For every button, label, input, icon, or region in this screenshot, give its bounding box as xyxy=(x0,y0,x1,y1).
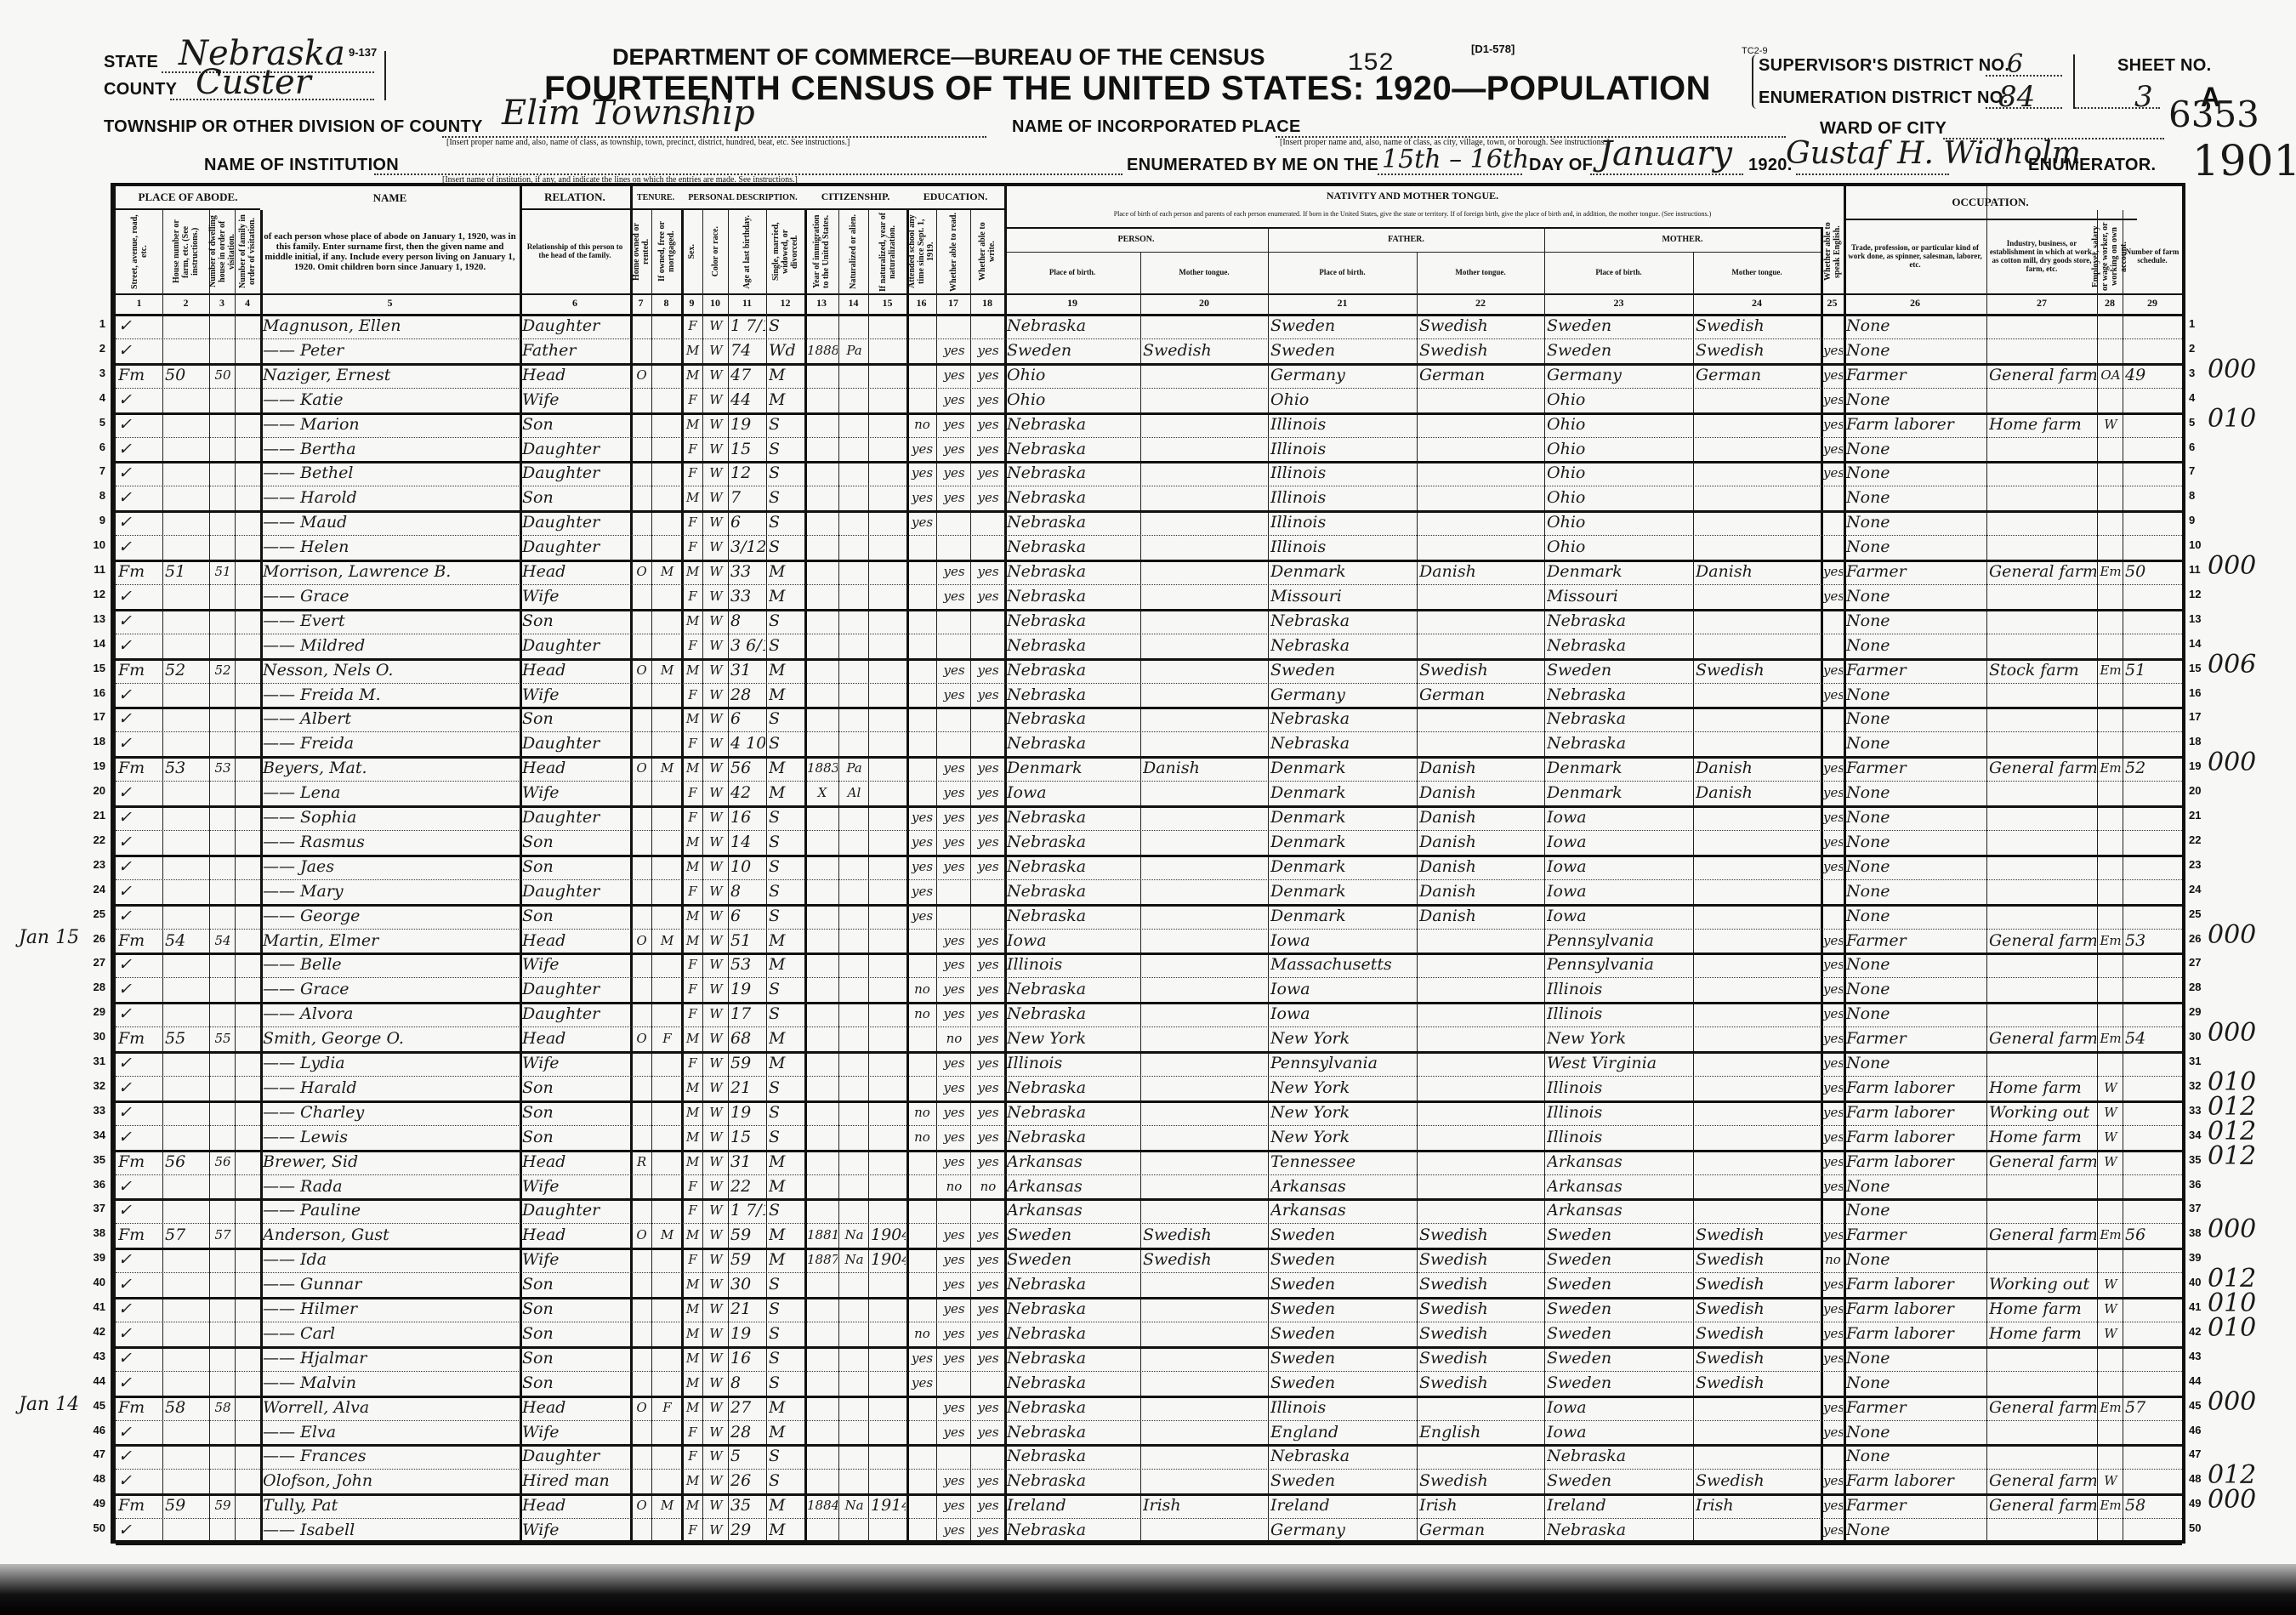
cell-street: ✓ xyxy=(118,879,162,903)
cell-street: Fm xyxy=(118,1396,162,1419)
line-number: 43 xyxy=(85,1350,105,1362)
cell-street: ✓ xyxy=(118,584,162,608)
cell-name: —— Ida xyxy=(263,1248,519,1271)
cell-sex: M xyxy=(684,1469,702,1493)
township-label: TOWNSHIP OR OTHER DIVISION OF COUNTY xyxy=(104,117,483,137)
cell-write: yes xyxy=(973,1518,1003,1542)
cell-immig: X xyxy=(807,781,838,805)
cell-trade: Farmer xyxy=(1846,658,1986,682)
cell-nat: Al xyxy=(841,781,867,805)
column-header-5: of each person whose place of abode on J… xyxy=(260,210,520,293)
column-header-28: Employer, salary or wage worker, or work… xyxy=(2097,220,2123,293)
census-table: PLACE OF ABODE. NAME RELATION. TENURE. P… xyxy=(111,183,2185,1544)
cell-m_birth: Ohio xyxy=(1547,486,1692,509)
cell-m_birth: Sweden xyxy=(1547,658,1692,682)
cell-marital: S xyxy=(769,904,804,928)
cell-home: O xyxy=(633,560,651,583)
cell-m_birth: Ohio xyxy=(1547,535,1692,559)
cell-birth: Nebraska xyxy=(1007,609,1139,633)
cell-age: 14 xyxy=(730,830,765,854)
column-header-1: Street, avenue, road, etc. xyxy=(116,210,162,293)
cell-name: —— Grace xyxy=(263,977,519,1001)
cell-m_birth: Missouri xyxy=(1547,584,1692,608)
cell-relation: Daughter xyxy=(522,314,629,338)
cell-race: W xyxy=(705,1396,727,1419)
column-header-24: Mother tongue. xyxy=(1693,253,1821,293)
cell-write: yes xyxy=(973,1297,1003,1321)
line-number: 45 xyxy=(85,1399,105,1412)
district-bracket-right xyxy=(2066,54,2075,109)
cell-home: O xyxy=(633,363,651,387)
cell-street: ✓ xyxy=(118,1444,162,1468)
column-header-25: Whether able to speak English. xyxy=(1821,210,1844,293)
line-number: 37 xyxy=(2189,1202,2209,1214)
cell-m_birth: Denmark xyxy=(1547,756,1692,780)
cell-trade: Farmer xyxy=(1846,1493,1986,1517)
bracket xyxy=(379,51,386,100)
farm-code: 000 xyxy=(2208,551,2256,581)
cell-trade: None xyxy=(1846,388,1986,412)
cell-race: W xyxy=(705,584,727,608)
cell-street: ✓ xyxy=(118,1272,162,1296)
cell-owned: M xyxy=(654,560,680,583)
column-divider xyxy=(162,210,163,1540)
line-number: 21 xyxy=(2189,809,2209,822)
cell-trade: None xyxy=(1846,1420,1986,1444)
cell-read: yes xyxy=(939,1346,969,1370)
farm-code: 012 xyxy=(2208,1141,2256,1171)
cell-industry: Home farm xyxy=(1989,1076,2096,1100)
county-value: Custer xyxy=(196,63,311,102)
cell-employ: W xyxy=(2100,1125,2122,1149)
cell-street: ✓ xyxy=(118,1174,162,1198)
cell-m_birth: Illinois xyxy=(1547,1076,1692,1100)
cell-sex: F xyxy=(684,1174,702,1198)
cell-sex: M xyxy=(684,756,702,780)
cell-relation: Son xyxy=(522,1371,629,1395)
cell-marital: S xyxy=(769,855,804,879)
cell-m_tongue: Swedish xyxy=(1696,1248,1820,1271)
cell-race: W xyxy=(705,977,727,1001)
cell-relation: Wife xyxy=(522,388,629,412)
cell-employ: W xyxy=(2100,1100,2122,1124)
cell-sex: F xyxy=(684,953,702,976)
line-number: 7 xyxy=(85,464,105,477)
cell-trade: Farm laborer xyxy=(1846,1469,1986,1493)
cell-relation: Daughter xyxy=(522,510,629,534)
cell-english: yes xyxy=(1823,756,1843,780)
cell-english: yes xyxy=(1823,1322,1843,1345)
cell-relation: Son xyxy=(522,855,629,879)
cell-home: O xyxy=(633,658,651,682)
cell-read: yes xyxy=(939,1125,969,1149)
line-number: 30 xyxy=(85,1030,105,1043)
cell-trade: None xyxy=(1846,1346,1986,1370)
cell-trade: None xyxy=(1846,977,1986,1001)
cell-m_tongue: Swedish xyxy=(1696,1272,1820,1296)
cell-f_tongue: Danish xyxy=(1419,879,1543,903)
cell-sex: F xyxy=(684,781,702,805)
cell-race: W xyxy=(705,1125,727,1149)
cell-f_tongue: German xyxy=(1419,1518,1543,1542)
enumerator-line xyxy=(1796,173,1949,175)
cell-age: 15 xyxy=(730,1125,765,1149)
cell-write: yes xyxy=(973,977,1003,1001)
cell-marital: M xyxy=(769,1026,804,1050)
cell-marital: S xyxy=(769,1469,804,1493)
cell-m_tongue: Swedish xyxy=(1696,1346,1820,1370)
cell-m_birth: Ohio xyxy=(1547,437,1692,461)
cell-marital: M xyxy=(769,1248,804,1271)
cell-m_birth: Sweden xyxy=(1547,1297,1692,1321)
cell-name: —— Marion xyxy=(263,412,519,436)
cell-age: 56 xyxy=(730,756,765,780)
cell-m_birth: Ohio xyxy=(1547,412,1692,436)
cell-m_birth: Iowa xyxy=(1547,1420,1692,1444)
cell-f_birth: Germany xyxy=(1270,683,1416,707)
cell-m_birth: New York xyxy=(1547,1026,1692,1050)
supervisor-value: 6 xyxy=(2007,49,2023,79)
cell-immig: 1887 xyxy=(807,1248,838,1271)
cell-street: ✓ xyxy=(118,1051,162,1075)
cell-trade: Farmer xyxy=(1846,560,1986,583)
cell-birth: Nebraska xyxy=(1007,977,1139,1001)
cell-m_tongue: German xyxy=(1696,363,1820,387)
cell-birth: Nebraska xyxy=(1007,1518,1139,1542)
cell-name: Nesson, Nels O. xyxy=(263,658,519,682)
cell-write: yes xyxy=(973,658,1003,682)
cell-home: O xyxy=(633,1223,651,1247)
line-number: 5 xyxy=(2189,416,2209,429)
line-number: 9 xyxy=(85,514,105,526)
group-relation: RELATION. xyxy=(520,186,630,210)
cell-race: W xyxy=(705,1518,727,1542)
cell-write: yes xyxy=(973,1125,1003,1149)
cell-age: 16 xyxy=(730,1346,765,1370)
cell-write: yes xyxy=(973,1493,1003,1517)
cell-trade: None xyxy=(1846,683,1986,707)
cell-age: 6 xyxy=(730,904,765,928)
column-number: 18 xyxy=(970,293,1004,314)
cell-trade: None xyxy=(1846,904,1986,928)
cell-school: no xyxy=(909,412,935,436)
cell-marital: M xyxy=(769,1150,804,1174)
cell-m_birth: Illinois xyxy=(1547,1002,1692,1026)
cell-name: Beyers, Mat. xyxy=(263,756,519,780)
column-header-15: If naturalized, year of naturalization. xyxy=(868,210,906,293)
cell-street: ✓ xyxy=(118,683,162,707)
cell-street: Fm xyxy=(118,560,162,583)
cell-age: 5 xyxy=(730,1444,765,1468)
sheet-value: 3 xyxy=(2134,80,2153,114)
cell-write: yes xyxy=(973,486,1003,509)
cell-industry: General farm xyxy=(1989,1223,2096,1247)
cell-read: yes xyxy=(939,953,969,976)
cell-f_birth: Sweden xyxy=(1270,1371,1416,1395)
cell-m_birth: Ohio xyxy=(1547,461,1692,485)
cell-write: yes xyxy=(973,1223,1003,1247)
cell-trade: Farm laborer xyxy=(1846,1125,1986,1149)
column-header-19: Place of birth. xyxy=(1004,253,1140,293)
cell-read: yes xyxy=(939,1002,969,1026)
cell-school: yes xyxy=(909,879,935,903)
cell-birth: Nebraska xyxy=(1007,855,1139,879)
cell-birth: Sweden xyxy=(1007,1223,1139,1247)
cell-write: yes xyxy=(973,338,1003,362)
cell-name: —— Bertha xyxy=(263,437,519,461)
cell-sex: M xyxy=(684,1396,702,1419)
cell-f_birth: Sweden xyxy=(1270,658,1416,682)
cell-sex: F xyxy=(684,879,702,903)
day-of-label: DAY OF xyxy=(1529,156,1593,175)
cell-relation: Daughter xyxy=(522,461,629,485)
cell-sex: M xyxy=(684,1150,702,1174)
cell-age: 33 xyxy=(730,560,765,583)
cell-sex: F xyxy=(684,1444,702,1468)
line-number: 6 xyxy=(85,441,105,453)
farm-code: 000 xyxy=(2208,748,2256,777)
cell-owned: M xyxy=(654,658,680,682)
cell-name: —— Malvin xyxy=(263,1371,519,1395)
cell-employ: Em xyxy=(2100,1026,2122,1050)
cell-street: ✓ xyxy=(118,1002,162,1026)
cell-tongue: Irish xyxy=(1143,1493,1267,1517)
cell-age: 42 xyxy=(730,781,765,805)
cell-race: W xyxy=(705,1420,727,1444)
cell-m_birth: Iowa xyxy=(1547,1396,1692,1419)
column-header-label: Sex. xyxy=(687,244,696,259)
cell-employ: Em xyxy=(2100,929,2122,953)
cell-street: ✓ xyxy=(118,904,162,928)
cell-trade: Farm laborer xyxy=(1846,1297,1986,1321)
cell-m_birth: Sweden xyxy=(1547,1469,1692,1493)
line-number: 16 xyxy=(2189,686,2209,699)
cell-name: —— Lena xyxy=(263,781,519,805)
cell-write: yes xyxy=(973,1150,1003,1174)
cell-sex: F xyxy=(684,1051,702,1075)
line-number: 35 xyxy=(2189,1153,2209,1166)
cell-english: yes xyxy=(1823,1297,1843,1321)
cell-birth: Nebraska xyxy=(1007,560,1139,583)
cell-age: 7 xyxy=(730,486,765,509)
cell-read: yes xyxy=(939,461,969,485)
cell-read: yes xyxy=(939,683,969,707)
cell-dwelling: 53 xyxy=(212,756,234,780)
column-header-label: Number of family in order of visitation. xyxy=(238,212,257,292)
cell-birth: Ohio xyxy=(1007,388,1139,412)
cell-marital: S xyxy=(769,1076,804,1100)
cell-name: Martin, Elmer xyxy=(263,929,519,953)
cell-name: —— Katie xyxy=(263,388,519,412)
cell-street: ✓ xyxy=(118,977,162,1001)
column-header-label: If naturalized, year of naturalization. xyxy=(878,212,897,292)
line-number: 7 xyxy=(2189,464,2209,477)
cell-marital: S xyxy=(769,412,804,436)
cell-race: W xyxy=(705,1026,727,1050)
cell-sex: M xyxy=(684,1076,702,1100)
cell-street: ✓ xyxy=(118,1125,162,1149)
cell-trade: None xyxy=(1846,634,1986,657)
cell-english: yes xyxy=(1823,1026,1843,1050)
cell-f_tongue: Swedish xyxy=(1419,1346,1543,1370)
cell-house: 54 xyxy=(165,929,208,953)
cell-name: —— Lewis xyxy=(263,1125,519,1149)
line-number: 23 xyxy=(2189,858,2209,871)
line-number: 46 xyxy=(2189,1424,2209,1436)
cell-english: no xyxy=(1823,1248,1843,1271)
cell-sex: F xyxy=(684,1002,702,1026)
group-mother: MOTHER. xyxy=(1544,227,1821,253)
cell-school: yes xyxy=(909,805,935,829)
cell-birth: Nebraska xyxy=(1007,510,1139,534)
cell-english: yes xyxy=(1823,855,1843,879)
cell-race: W xyxy=(705,1223,727,1247)
column-number: 5 xyxy=(260,293,520,314)
cell-street: ✓ xyxy=(118,338,162,362)
cell-m_birth: Sweden xyxy=(1547,1272,1692,1296)
cell-farm: 54 xyxy=(2125,1026,2181,1050)
cell-m_birth: Ireland xyxy=(1547,1493,1692,1517)
cell-race: W xyxy=(705,683,727,707)
cell-m_birth: Illinois xyxy=(1547,977,1692,1001)
column-number: 11 xyxy=(728,293,766,314)
cell-owned: M xyxy=(654,1493,680,1517)
cell-read: yes xyxy=(939,830,969,854)
cell-age: 51 xyxy=(730,929,765,953)
line-number: 1 xyxy=(2189,317,2209,330)
cell-industry: General farm xyxy=(1989,1493,2096,1517)
column-header-label: House number or farm, etc. (See instruct… xyxy=(172,212,200,292)
column-header-11: Age at last birthday. xyxy=(728,210,766,293)
cell-sex: M xyxy=(684,1346,702,1370)
column-divider xyxy=(970,210,971,1540)
line-number: 11 xyxy=(85,563,105,576)
cell-street: Fm xyxy=(118,756,162,780)
cell-write: yes xyxy=(973,1076,1003,1100)
cell-tongue: Swedish xyxy=(1143,338,1267,362)
group-father: FATHER. xyxy=(1268,227,1544,253)
cell-m_tongue: Irish xyxy=(1696,1493,1820,1517)
line-number: 2 xyxy=(2189,342,2209,355)
cell-birth: Nebraska xyxy=(1007,1002,1139,1026)
line-number: 10 xyxy=(85,538,105,551)
cell-f_birth: Nebraska xyxy=(1270,707,1416,731)
line-number: 47 xyxy=(85,1447,105,1460)
cell-street: ✓ xyxy=(118,1518,162,1542)
cell-age: 59 xyxy=(730,1051,765,1075)
cell-english: yes xyxy=(1823,1223,1843,1247)
cell-home: O xyxy=(633,929,651,953)
line-number: 26 xyxy=(85,932,105,945)
cell-street: ✓ xyxy=(118,314,162,338)
column-header-2: House number or farm, etc. (See instruct… xyxy=(162,210,209,293)
cell-name: Olofson, John xyxy=(263,1469,519,1493)
cell-birth: Nebraska xyxy=(1007,683,1139,707)
cell-trade: Farm laborer xyxy=(1846,1100,1986,1124)
farm-code: 000 xyxy=(2208,1485,2256,1515)
cell-f_tongue: Swedish xyxy=(1419,314,1543,338)
cell-marital: S xyxy=(769,1002,804,1026)
line-number: 25 xyxy=(85,907,105,920)
group-nativity: NATIVITY AND MOTHER TONGUE. xyxy=(1004,188,1821,205)
cell-dwelling: 51 xyxy=(212,560,234,583)
cell-name: Smith, George O. xyxy=(263,1026,519,1050)
cell-write: yes xyxy=(973,929,1003,953)
cell-m_tongue: Danish xyxy=(1696,781,1820,805)
cell-name: —— Evert xyxy=(263,609,519,633)
cell-sex: M xyxy=(684,609,702,633)
cell-employ: Em xyxy=(2100,756,2122,780)
cell-relation: Daughter xyxy=(522,1198,629,1222)
column-divider xyxy=(209,210,210,1540)
column-header-6: Relationship of this person to the head … xyxy=(520,210,630,293)
line-number: 11 xyxy=(2189,563,2209,576)
cell-f_tongue: Danish xyxy=(1419,904,1543,928)
cell-read: yes xyxy=(939,1272,969,1296)
margin-note-date: Jan 14 xyxy=(19,1394,79,1415)
cell-street: ✓ xyxy=(118,388,162,412)
cell-read: yes xyxy=(939,1051,969,1075)
cell-name: —— Jaes xyxy=(263,855,519,879)
cell-relation: Daughter xyxy=(522,879,629,903)
cell-name: Tully, Pat xyxy=(263,1493,519,1517)
cell-street: ✓ xyxy=(118,805,162,829)
line-number: 48 xyxy=(85,1472,105,1485)
cell-school: yes xyxy=(909,1346,935,1370)
column-divider xyxy=(868,210,869,1540)
cell-f_birth: New York xyxy=(1270,1100,1416,1124)
cell-m_tongue: Swedish xyxy=(1696,1322,1820,1345)
cell-read: yes xyxy=(939,756,969,780)
line-number: 44 xyxy=(85,1374,105,1387)
form-number: 9-137 xyxy=(349,46,377,59)
cell-f_birth: Denmark xyxy=(1270,904,1416,928)
cell-age: 26 xyxy=(730,1469,765,1493)
line-number: 13 xyxy=(2189,612,2209,625)
cell-age: 29 xyxy=(730,1518,765,1542)
cell-sex: F xyxy=(684,1518,702,1542)
cell-write: no xyxy=(973,1174,1003,1198)
cell-relation: Daughter xyxy=(522,731,629,755)
line-number: 31 xyxy=(2189,1055,2209,1067)
cell-race: W xyxy=(705,1076,727,1100)
cell-sex: F xyxy=(684,510,702,534)
cell-age: 33 xyxy=(730,584,765,608)
line-number: 14 xyxy=(2189,637,2209,650)
cell-marital: S xyxy=(769,461,804,485)
cell-m_birth: Nebraska xyxy=(1547,634,1692,657)
cell-read: yes xyxy=(939,1150,969,1174)
cell-birth: Nebraska xyxy=(1007,1396,1139,1419)
cell-birth: Nebraska xyxy=(1007,1125,1139,1149)
cell-read: yes xyxy=(939,584,969,608)
cell-birth: Nebraska xyxy=(1007,1272,1139,1296)
cell-relation: Head xyxy=(522,756,629,780)
cell-race: W xyxy=(705,363,727,387)
cell-relation: Wife xyxy=(522,1518,629,1542)
line-number: 6 xyxy=(2189,441,2209,453)
cell-home: R xyxy=(633,1150,651,1174)
cell-f_birth: Sweden xyxy=(1270,1248,1416,1271)
cell-industry: Home farm xyxy=(1989,412,2096,436)
cell-relation: Son xyxy=(522,1076,629,1100)
cell-industry: General farm xyxy=(1989,1026,2096,1050)
state-label: STATE xyxy=(104,53,158,72)
line-number: 15 xyxy=(85,662,105,674)
cell-name: —— Alvora xyxy=(263,1002,519,1026)
cell-race: W xyxy=(705,412,727,436)
cell-name: —— Elva xyxy=(263,1420,519,1444)
